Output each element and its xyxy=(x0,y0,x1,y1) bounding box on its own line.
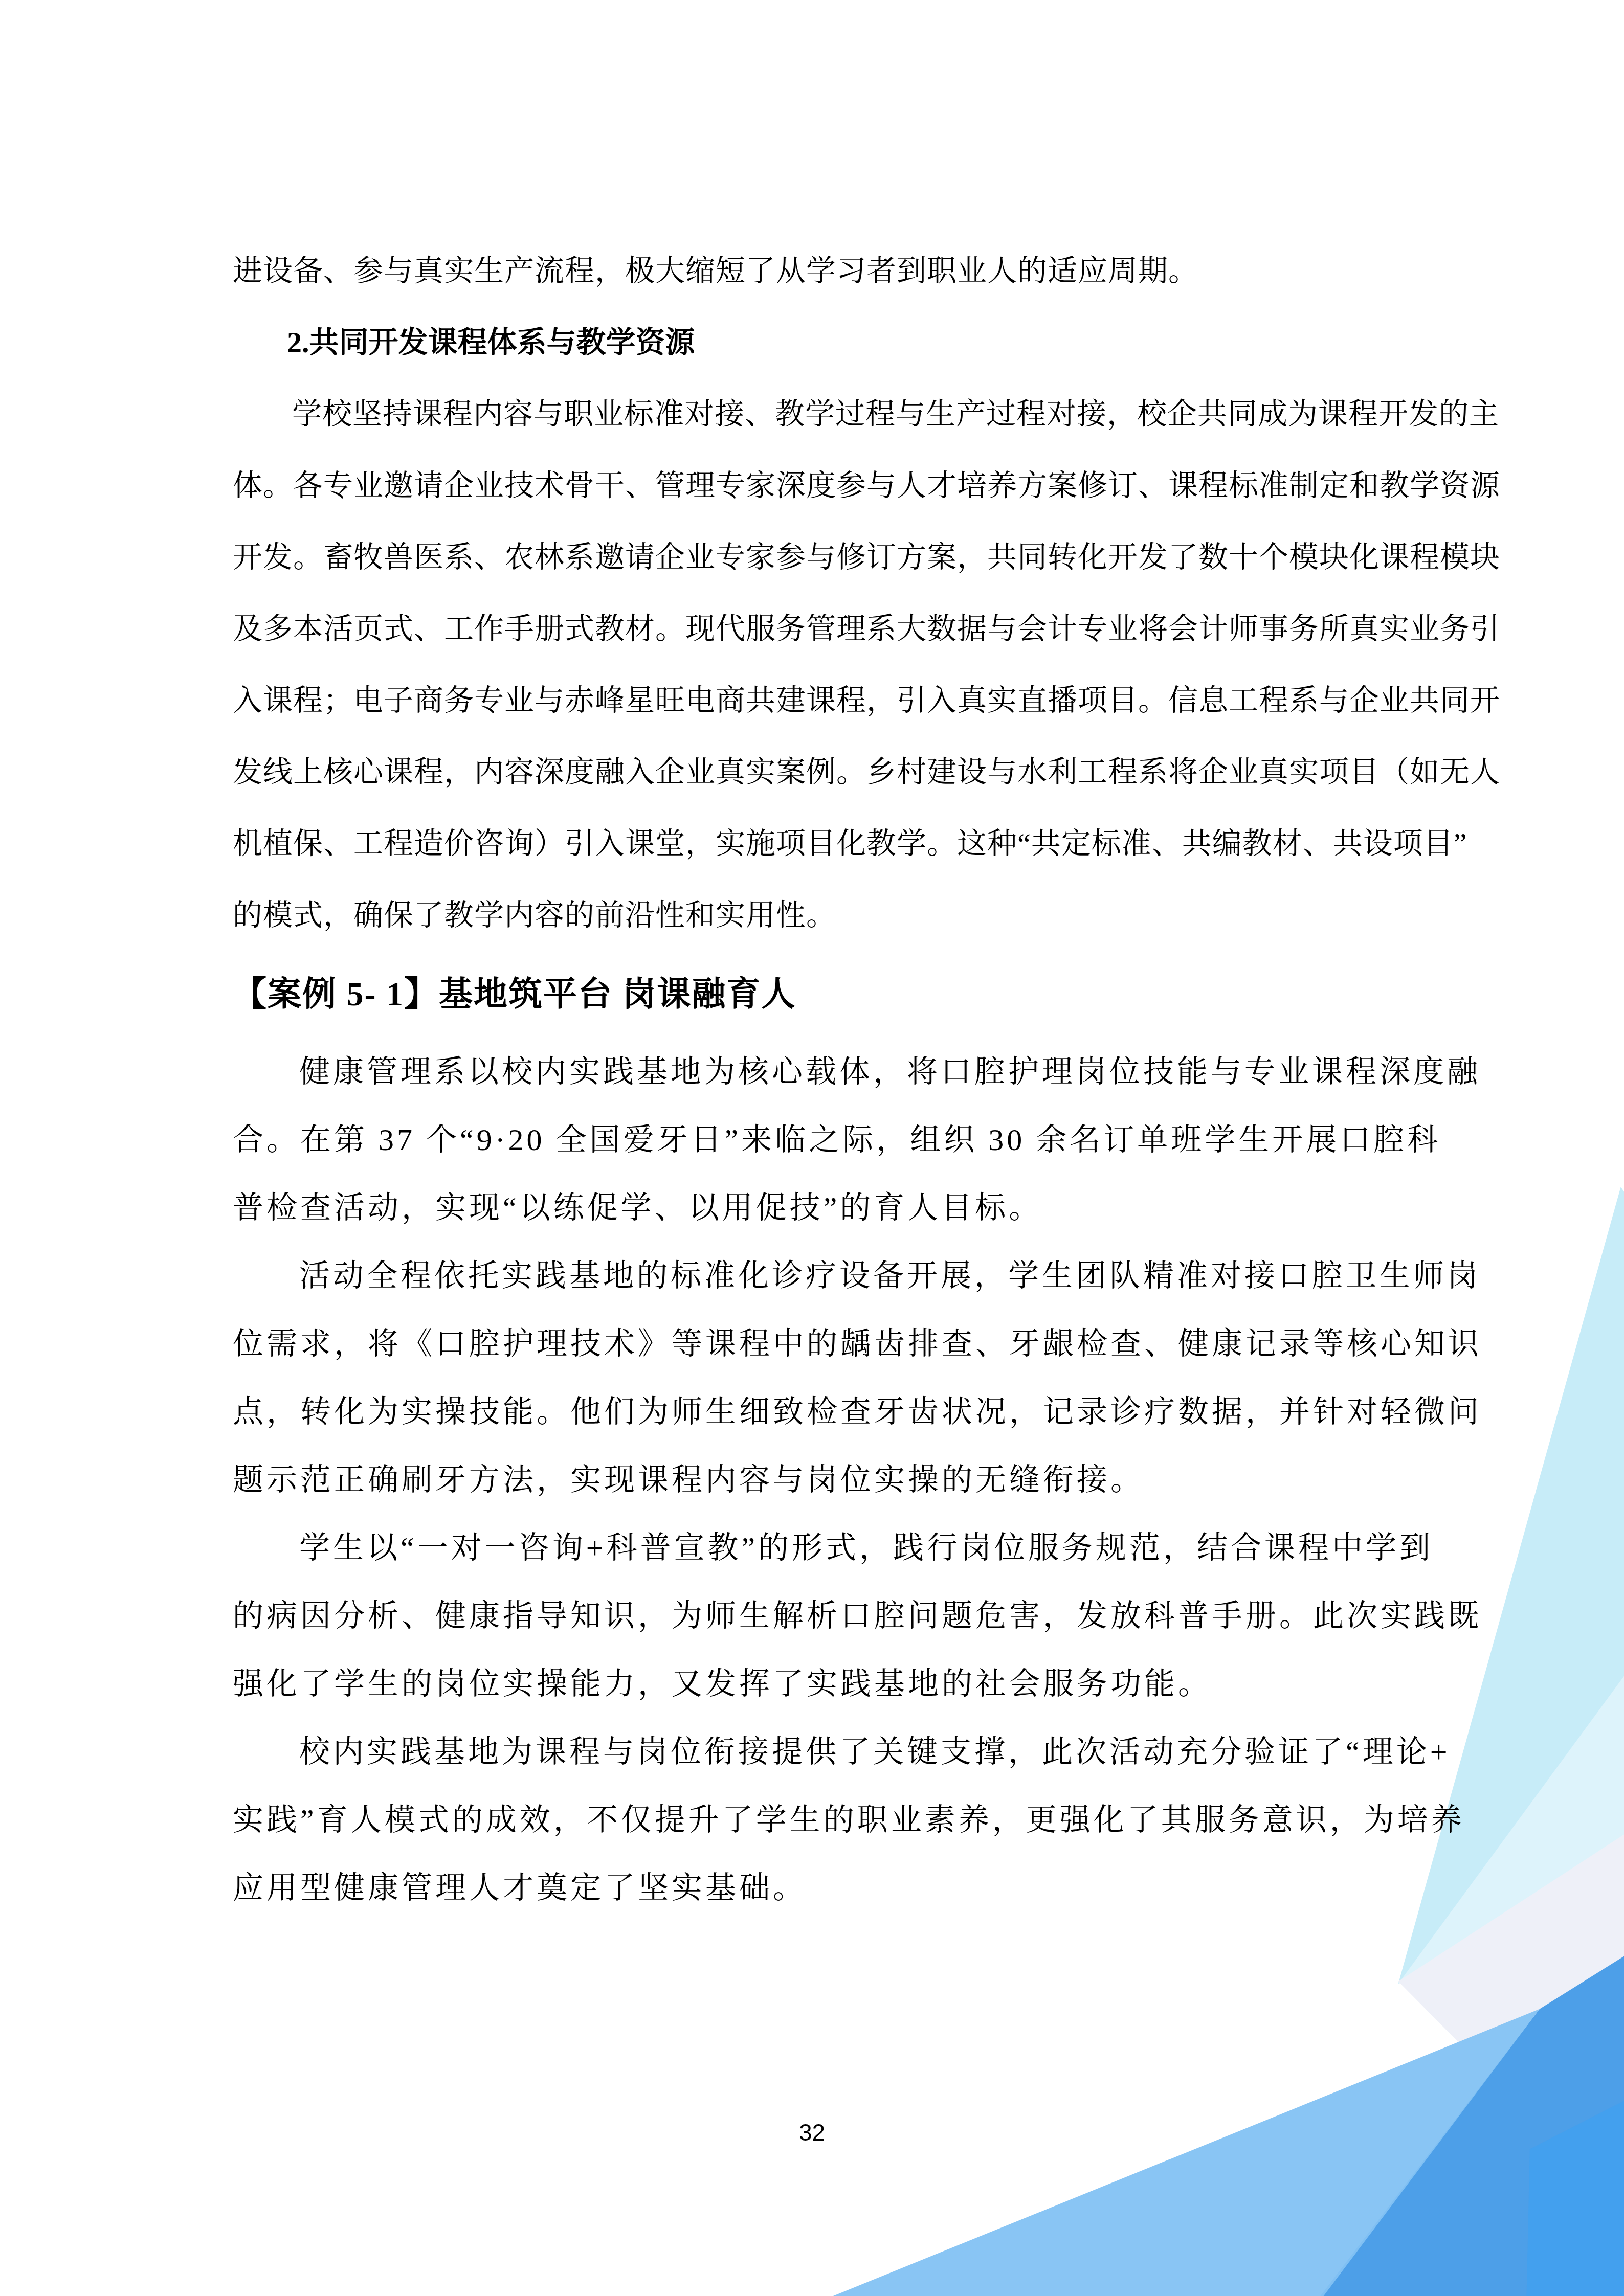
body-line: 及多本活页式、工作手册式教材。现代服务管理系大数据与会计专业将会计师事务所真实业… xyxy=(233,593,1432,665)
case-line: 应用型健康管理人才奠定了坚实基础。 xyxy=(233,1854,1432,1922)
section-heading: 2.共同开发课程体系与教学资源 xyxy=(233,307,1432,378)
case-line: 实践”育人模式的成效，不仅提升了学生的职业素养，更强化了其服务意识，为培养 xyxy=(233,1786,1432,1854)
case-line: 的病因分析、健康指导知识，为师生解析口腔问题危害，发放科普手册。此次实践既 xyxy=(233,1582,1432,1650)
case-line: 学生以“一对一咨询+科普宣教”的形式，践行岗位服务规范，结合课程中学到 xyxy=(233,1514,1432,1582)
case-line: 合。在第 37 个“9·20 全国爱牙日”来临之际，组织 30 余名订单班学生开… xyxy=(233,1106,1432,1174)
body-line: 机植保、工程造价咨询）引入课堂，实施项目化教学。这种“共定标准、共编教材、共设项… xyxy=(233,808,1432,880)
body-line: 发线上核心课程，内容深度融入企业真实案例。乡村建设与水利工程系将企业真实项目（如… xyxy=(233,736,1432,808)
body-line: 学校坚持课程内容与职业标准对接、教学过程与生产过程对接，校企共同成为课程开发的主 xyxy=(233,378,1432,450)
case-line: 健康管理系以校内实践基地为核心载体，将口腔护理岗位技能与专业课程深度融 xyxy=(233,1038,1432,1106)
case-line: 题示范正确刷牙方法，实现课程内容与岗位实操的无缝衔接。 xyxy=(233,1446,1432,1514)
text-block: 进设备、参与真实生产流程，极大缩短了从学习者到职业人的适应周期。 2.共同开发课… xyxy=(233,235,1432,1922)
body-line: 开发。畜牧兽医系、农林系邀请企业专家参与修订方案，共同转化开发了数十个模块化课程… xyxy=(233,522,1432,593)
case-line: 点，转化为实操技能。他们为师生细致检查牙齿状况，记录诊疗数据，并针对轻微问 xyxy=(233,1378,1432,1446)
case-line: 普检查活动，实现“以练促学、以用促技”的育人目标。 xyxy=(233,1174,1432,1242)
body-line: 入课程；电子商务专业与赤峰星旺电商共建课程，引入真实直播项目。信息工程系与企业共… xyxy=(233,665,1432,736)
case-line: 活动全程依托实践基地的标准化诊疗设备开展，学生团队精准对接口腔卫生师岗 xyxy=(233,1242,1432,1310)
page-number: 32 xyxy=(0,2117,1624,2148)
body-line: 体。各专业邀请企业技术骨干、管理专家深度参与人才培养方案修订、课程标准制定和教学… xyxy=(233,450,1432,522)
case-heading: 【案例 5- 1】基地筑平台 岗课融育人 xyxy=(233,951,1432,1038)
document-page: 进设备、参与真实生产流程，极大缩短了从学习者到职业人的适应周期。 2.共同开发课… xyxy=(0,0,1624,2296)
body-line: 进设备、参与真实生产流程，极大缩短了从学习者到职业人的适应周期。 xyxy=(233,235,1432,307)
case-line: 强化了学生的岗位实操能力，又发挥了实践基地的社会服务功能。 xyxy=(233,1650,1432,1718)
case-line: 校内实践基地为课程与岗位衔接提供了关键支撑，此次活动充分验证了“理论+ xyxy=(233,1718,1432,1786)
body-line: 的模式，确保了教学内容的前沿性和实用性。 xyxy=(233,880,1432,951)
case-line: 位需求，将《口腔护理技术》等课程中的龋齿排查、牙龈检查、健康记录等核心知识 xyxy=(233,1310,1432,1378)
